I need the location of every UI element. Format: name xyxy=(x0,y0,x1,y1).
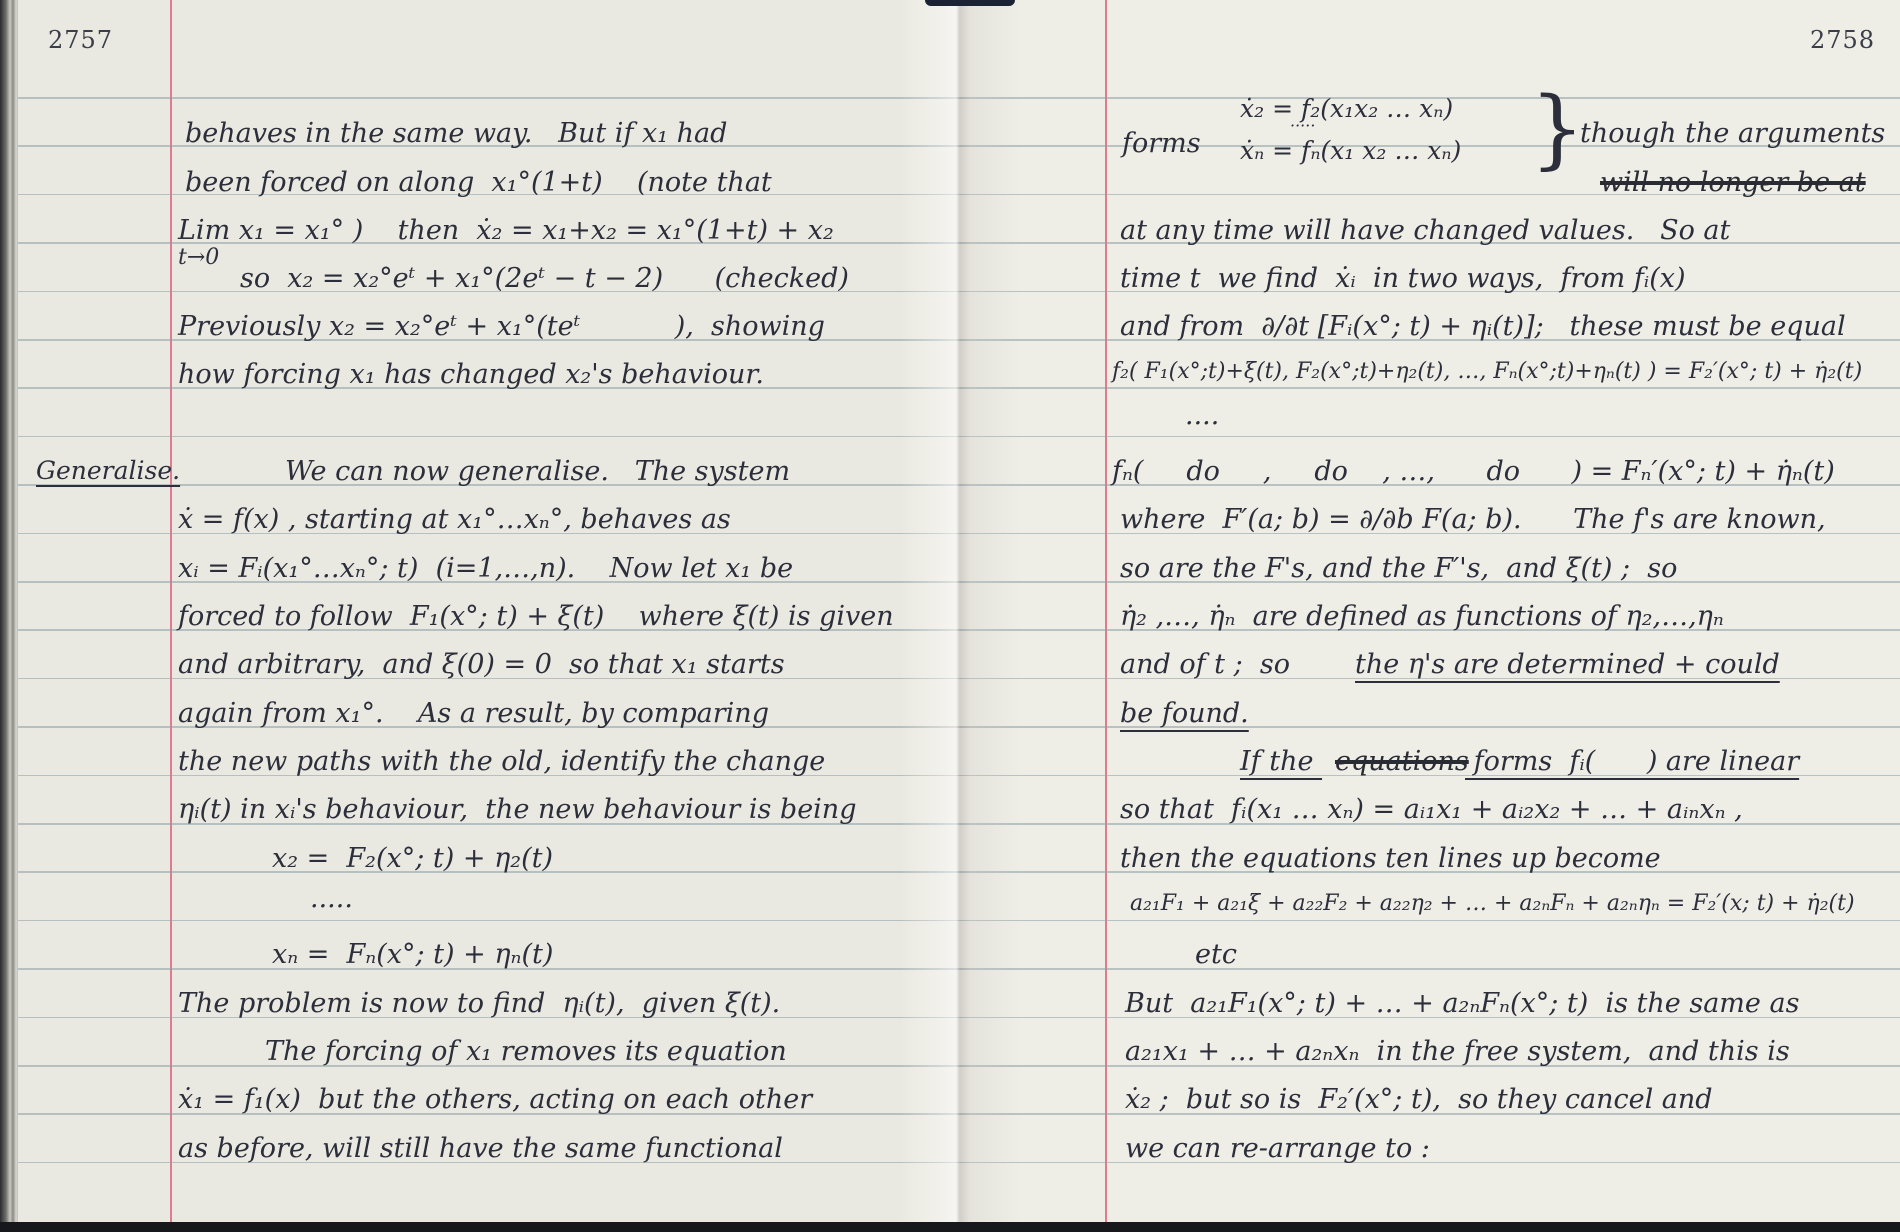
notebook-spread: 2757 2758 Generalise. forms ẋ₂ = f₂(x₁x₂… xyxy=(0,0,1900,1232)
brace-dots: ····· xyxy=(1290,118,1315,134)
ruled-line xyxy=(960,968,1900,970)
handwritten-line: η̇₂ ,…, η̇ₙ are defined as functions of … xyxy=(1120,603,1724,630)
brace-label-forms: forms xyxy=(1122,130,1201,157)
handwritten-line: ẋ₁ = f₁(x) but the others, acting on eac… xyxy=(178,1086,812,1113)
brace-aside: though the arguments xyxy=(1580,120,1885,147)
ruled-line xyxy=(960,726,1900,728)
handwritten-line: been forced on along x₁°(1+t) (note that xyxy=(185,169,772,196)
handwritten-line: the η's are determined + could xyxy=(1355,651,1780,678)
handwritten-line: The problem is now to find ηᵢ(t), given … xyxy=(178,990,780,1017)
handwritten-line: ηᵢ(t) in xᵢ's behaviour, the new behavio… xyxy=(178,796,856,823)
handwritten-line: fₙ( do , do , …, do ) = Fₙ′(x°; t) + η̇ₙ… xyxy=(1112,458,1835,485)
ruled-line xyxy=(960,387,1900,389)
margin-note-generalise: Generalise. xyxy=(36,458,180,483)
handwritten-line: ····· xyxy=(310,893,353,920)
handwritten-line: xᵢ = Fᵢ(x₁°…xₙ°; t) (i=1,…,n). Now let x… xyxy=(178,555,793,582)
handwritten-line: at any time will have changed values. So… xyxy=(1120,217,1730,244)
handwritten-line: the new paths with the old, identify the… xyxy=(178,748,825,775)
left-margin-line xyxy=(170,0,172,1224)
handwritten-line: a₂₁x₁ + … + a₂ₙxₙ in the free system, an… xyxy=(1125,1038,1790,1065)
handwritten-line: behaves in the same way. But if x₁ had xyxy=(185,120,727,147)
handwritten-line: a₂₁F₁ + a₂₁ξ + a₂₂F₂ + a₂₂η₂ + … + a₂ₙFₙ… xyxy=(1130,893,1855,915)
handwritten-line: ···· xyxy=(1185,410,1219,437)
handwritten-line: how forcing x₁ has changed x₂'s behaviou… xyxy=(178,361,764,388)
ruled-line xyxy=(960,920,1900,922)
brace-equation-bottom: ẋₙ = fₙ(x₁ x₂ … xₙ) xyxy=(1240,138,1461,163)
handwritten-line: forced to follow F₁(x°; t) + ξ(t) where … xyxy=(178,603,894,630)
handwritten-line: Lim x₁ = x₁° ) then ẋ₂ = x₁+x₂ = x₁°(1+t… xyxy=(178,217,834,244)
notebook-binding-edge xyxy=(0,0,20,1232)
handwritten-line: We can now generalise. The system xyxy=(285,458,790,485)
right-page-number: 2758 xyxy=(1810,28,1875,52)
handwritten-line: we can re-arrange to : xyxy=(1125,1135,1430,1162)
bottom-edge xyxy=(0,1222,1900,1232)
ruled-line xyxy=(960,1162,1900,1164)
ruled-line xyxy=(18,97,960,99)
handwritten-line: be found. xyxy=(1120,700,1249,727)
handwritten-line: and from ∂/∂t [Fᵢ(x°; t) + ηᵢ(t)]; these… xyxy=(1120,313,1846,340)
handwritten-line: and arbitrary, and ξ(0) = 0 so that x₁ s… xyxy=(178,651,785,678)
handwritten-line: equations xyxy=(1335,748,1469,775)
handwritten-line: ẋ₂ ; but so is F₂′(x°; t), so they cance… xyxy=(1125,1086,1713,1113)
handwritten-line: as before, will still have the same func… xyxy=(178,1135,783,1162)
handwritten-line: But a₂₁F₁(x°; t) + … + a₂ₙFₙ(x°; t) is t… xyxy=(1125,990,1799,1017)
handwritten-line: xₙ = Fₙ(x°; t) + ηₙ(t) xyxy=(272,941,553,968)
handwritten-line: t→0 xyxy=(178,247,219,269)
ruled-line xyxy=(18,920,960,922)
handwritten-line: so x₂ = x₂°eᵗ + x₁°(2eᵗ − t − 2) (checke… xyxy=(240,265,849,292)
handwritten-line: and of t ; so xyxy=(1120,651,1299,678)
handwritten-line: The forcing of x₁ removes its equation xyxy=(265,1038,787,1065)
handwritten-line: so that fᵢ(x₁ … xₙ) = aᵢ₁x₁ + aᵢ₂x₂ + … … xyxy=(1120,796,1743,823)
handwritten-line: forms fᵢ( ) are linear xyxy=(1465,748,1799,775)
handwritten-line: etc xyxy=(1195,941,1237,968)
handwritten-line: time t we find ẋᵢ in two ways, from fᵢ(x… xyxy=(1120,265,1686,292)
ruled-line xyxy=(960,436,1900,438)
bookmark-ribbon xyxy=(925,0,1015,6)
handwritten-line: If the xyxy=(1240,748,1322,775)
handwritten-line: f₂( F₁(x°;t)+ξ(t), F₂(x°;t)+η₂(t), …, Fₙ… xyxy=(1112,361,1862,383)
right-brace: } xyxy=(1530,86,1585,172)
right-margin-line xyxy=(1105,0,1107,1224)
handwritten-line: Previously x₂ = x₂°eᵗ + x₁°(teᵗ ), showi… xyxy=(178,313,825,340)
handwritten-line: then the equations ten lines up become xyxy=(1120,845,1661,872)
handwritten-line: x₂ = F₂(x°; t) + η₂(t) xyxy=(272,845,553,872)
handwritten-line: ẋ = f(x) , starting at x₁°…xₙ°, behaves … xyxy=(178,506,731,533)
ruled-line xyxy=(18,436,960,438)
struck-text: will no longer be at xyxy=(1600,169,1866,196)
handwritten-line: again from x₁°. As a result, by comparin… xyxy=(178,700,769,727)
handwritten-line: so are the F's, and the F′'s, and ξ(t) ;… xyxy=(1120,555,1677,582)
left-page-number: 2757 xyxy=(48,28,113,52)
handwritten-line: where F′(a; b) = ∂/∂b F(a; b). The f's a… xyxy=(1120,506,1826,533)
brace-equation-top: ẋ₂ = f₂(x₁x₂ … xₙ) xyxy=(1240,96,1453,121)
